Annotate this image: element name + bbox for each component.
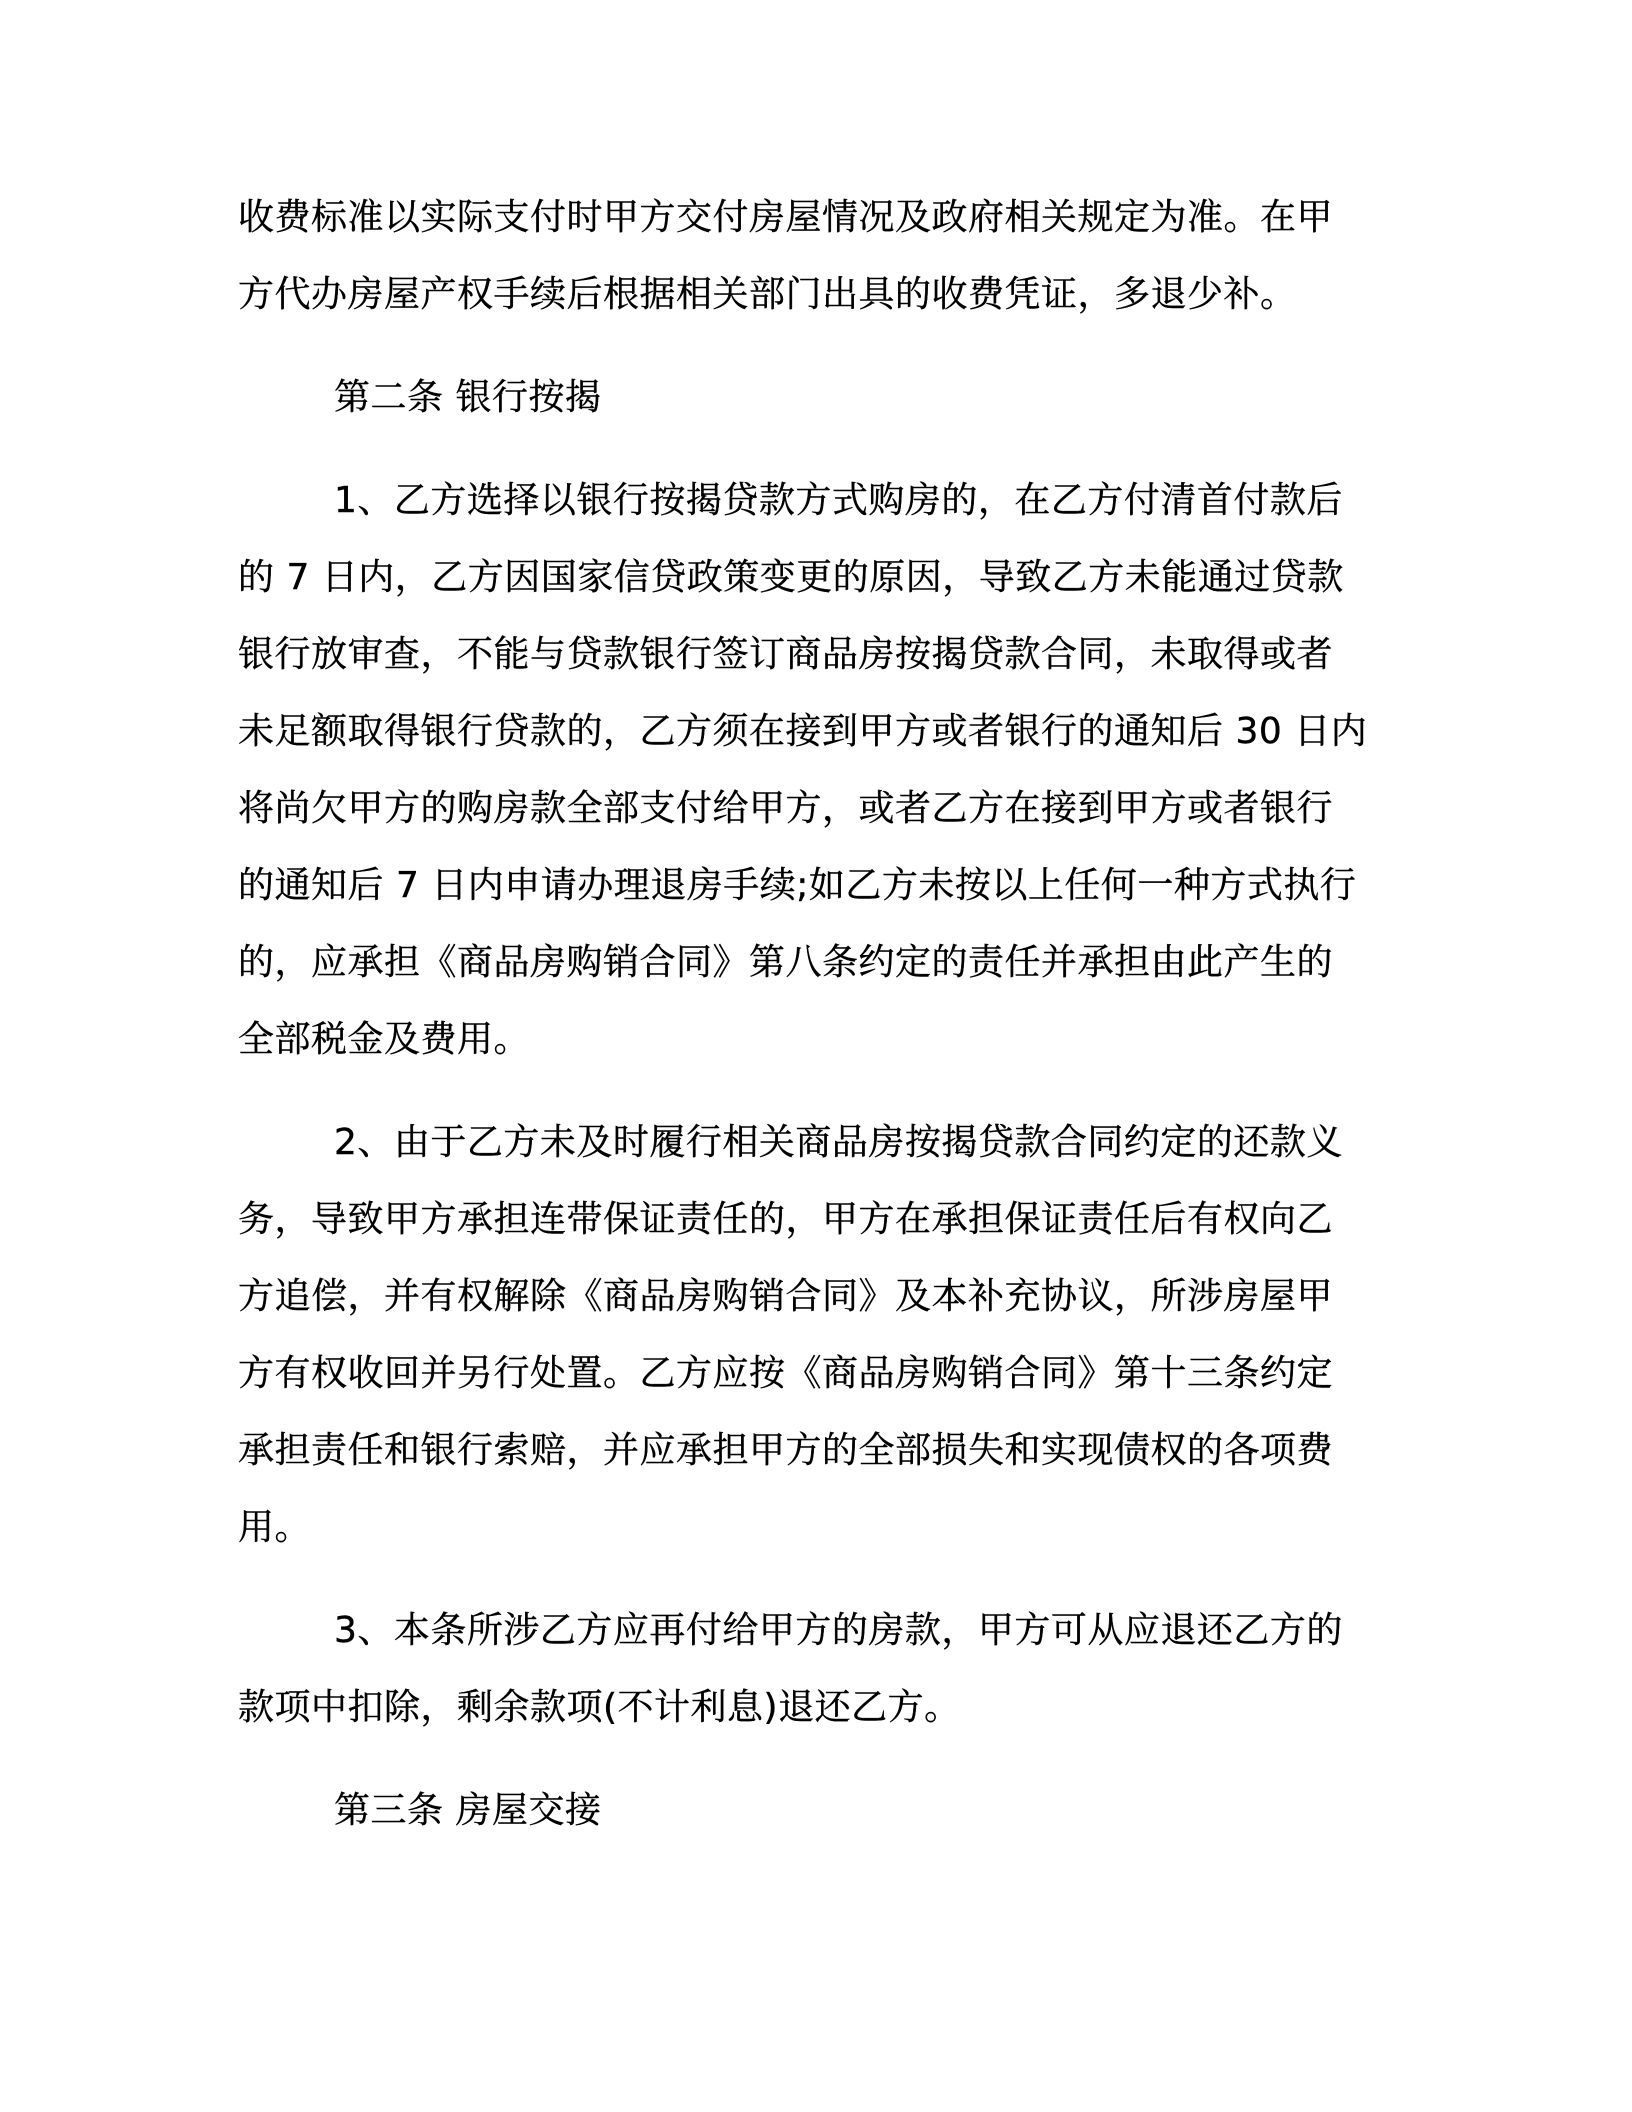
section-heading-article-2: 第二条 银行按揭 xyxy=(334,376,601,420)
paragraph-line: 的，应承担《商品房购销合同》第八条约定的责任并承担由此产生的 xyxy=(238,941,1333,985)
paragraph-line: 承担责任和银行索赔，并应承担甲方的全部损失和实现债权的各项费 xyxy=(238,1429,1333,1473)
paragraph-line: 款项中扣除，剩余款项(不计利息)退还乙方。 xyxy=(238,1686,961,1730)
document-page: 收费标准以实际支付时甲方交付房屋情况及政府相关规定为准。在甲 方代办房屋产权手续… xyxy=(0,0,1632,2112)
paragraph-line: 全部税金及费用。 xyxy=(238,1018,530,1062)
paragraph-line: 银行放审查，不能与贷款银行签订商品房按揭贷款合同，未取得或者 xyxy=(238,633,1333,677)
paragraph-line: 未足额取得银行贷款的，乙方须在接到甲方或者银行的通知后 30 日内 xyxy=(238,710,1367,754)
paragraph-line: 方追偿，并有权解除《商品房购销合同》及本补充协议，所涉房屋甲 xyxy=(238,1275,1333,1319)
paragraph-line: 的通知后 7 日内申请办理退房手续;如乙方未按以上任何一种方式执行 xyxy=(238,864,1356,908)
paragraph-line: 用。 xyxy=(238,1506,311,1550)
paragraph-line: 收费标准以实际支付时甲方交付房屋情况及政府相关规定为准。在甲 xyxy=(238,196,1333,240)
paragraph-line: 的 7 日内，乙方因国家信贷政策变更的原因，导致乙方未能通过贷款 xyxy=(238,556,1344,600)
paragraph-line: 3、本条所涉乙方应再付给甲方的房款，甲方可从应退还乙方的 xyxy=(334,1609,1343,1653)
paragraph-line: 方代办房屋产权手续后根据相关部门出具的收费凭证，多退少补。 xyxy=(238,273,1297,317)
paragraph-line: 2、由于乙方未及时履行相关商品房按揭贷款合同约定的还款义 xyxy=(334,1121,1343,1165)
paragraph-line: 务，导致甲方承担连带保证责任的，甲方在承担保证责任后有权向乙 xyxy=(238,1198,1333,1242)
paragraph-line: 方有权收回并另行处置。乙方应按《商品房购销合同》第十三条约定 xyxy=(238,1352,1333,1396)
paragraph-line: 1、乙方选择以银行按揭贷款方式购房的，在乙方付清首付款后 xyxy=(334,479,1343,523)
section-heading-article-3: 第三条 房屋交接 xyxy=(334,1789,601,1833)
paragraph-line: 将尚欠甲方的购房款全部支付给甲方，或者乙方在接到甲方或者银行 xyxy=(238,787,1333,831)
